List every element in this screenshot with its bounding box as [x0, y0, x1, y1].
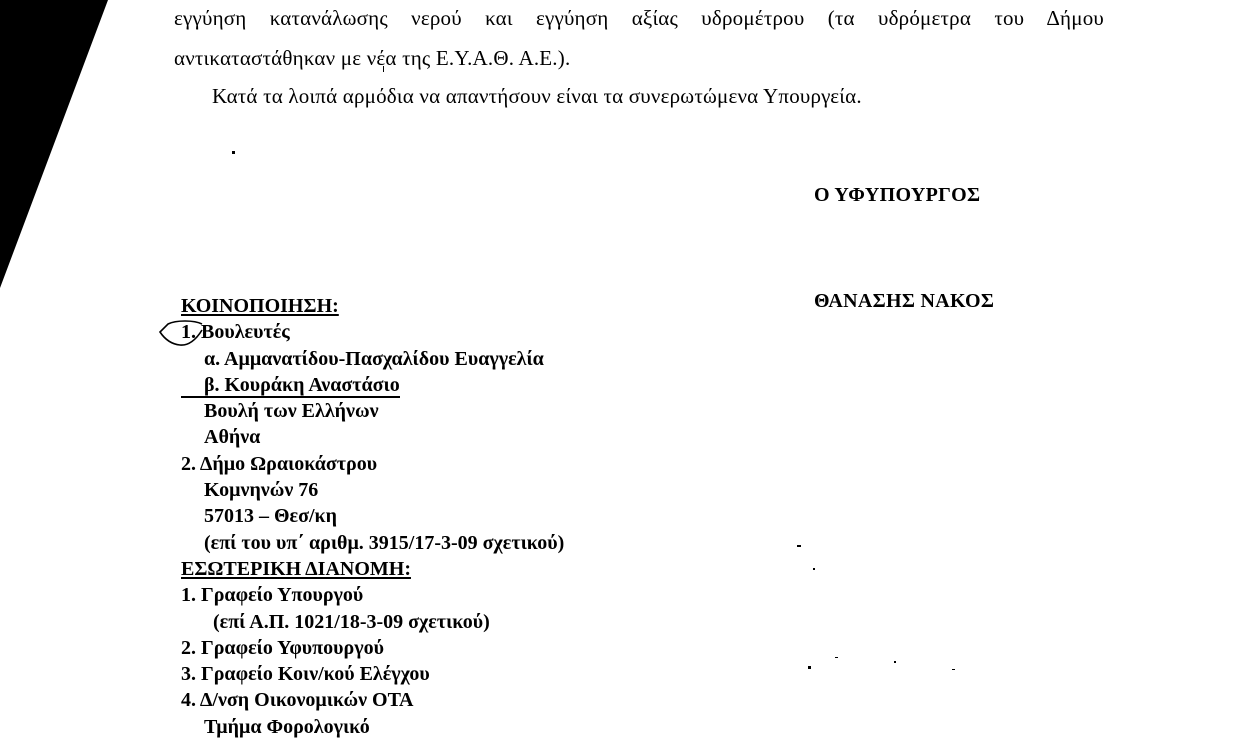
- scan-speck: [797, 545, 801, 547]
- signatory-title: Ο ΥΦΥΠΟΥΡΓΟΣ: [814, 184, 980, 207]
- scan-speck: [894, 661, 896, 663]
- internal-item-3: 3. Γραφείο Κοιν/κού Ελέγχου: [181, 661, 564, 687]
- internal-item-4: 4. Δ/νση Οικονομικών ΟΤΑ: [181, 687, 564, 713]
- notification-item-2-line: (επί του υπ΄ αριθμ. 3915/17-3-09 σχετικο…: [181, 530, 564, 556]
- internal-distribution-heading: ΕΣΩΤΕΡΙΚΗ ΔΙΑΝΟΜΗ:: [181, 556, 564, 582]
- notification-item-2-line: 57013 – Θεσ/κη: [181, 503, 564, 529]
- notification-item-2: 2. Δήμο Ωραιοκάστρου: [181, 451, 564, 477]
- notification-item-1-line: β. Κουράκη Αναστάσιο: [181, 374, 400, 398]
- notification-item-1-line: Αθήνα: [181, 424, 564, 450]
- internal-item-1: 1. Γραφείο Υπουργού: [181, 582, 564, 608]
- body-paragraph-line-2: αντικαταστάθηκαν με νέα της Ε.Υ.Α.Θ. Α.Ε…: [174, 38, 570, 78]
- scan-speck: [232, 151, 235, 154]
- internal-item-2: 2. Γραφείο Υφυπουργού: [181, 635, 564, 661]
- scan-speck: [835, 657, 838, 658]
- internal-item-1-note: (επί Α.Π. 1021/18-3-09 σχετικού): [181, 609, 564, 635]
- notification-heading: ΚΟΙΝΟΠΟΙΗΣΗ:: [181, 293, 564, 319]
- scan-speck: [383, 66, 384, 72]
- scan-speck: [808, 666, 811, 669]
- scan-speck: [813, 568, 815, 570]
- notification-item-1-line: α. Αμμανατίδου-Πασχαλίδου Ευαγγελία: [181, 346, 564, 372]
- signatory-name: ΘΑΝΑΣΗΣ ΝΑΚΟΣ: [814, 290, 994, 313]
- scan-speck: [952, 669, 955, 670]
- body-paragraph-closing: Κατά τα λοιπά αρμόδια να απαντήσουν είνα…: [212, 76, 862, 116]
- body-paragraph-line-1: εγγύηση κατανάλωσης νερού και εγγύηση αξ…: [174, 0, 1104, 38]
- distribution-list: ΚΟΙΝΟΠΟΙΗΣΗ: 1. Βουλευτές α. Αμμανατίδου…: [181, 293, 564, 740]
- notification-item-1-line: Βουλή των Ελλήνων: [181, 398, 564, 424]
- internal-item-4-note: Τμήμα Φορολογικό: [181, 714, 564, 740]
- notification-item-2-line: Κομνηνών 76: [181, 477, 564, 503]
- notification-item-1: 1. Βουλευτές: [181, 319, 564, 345]
